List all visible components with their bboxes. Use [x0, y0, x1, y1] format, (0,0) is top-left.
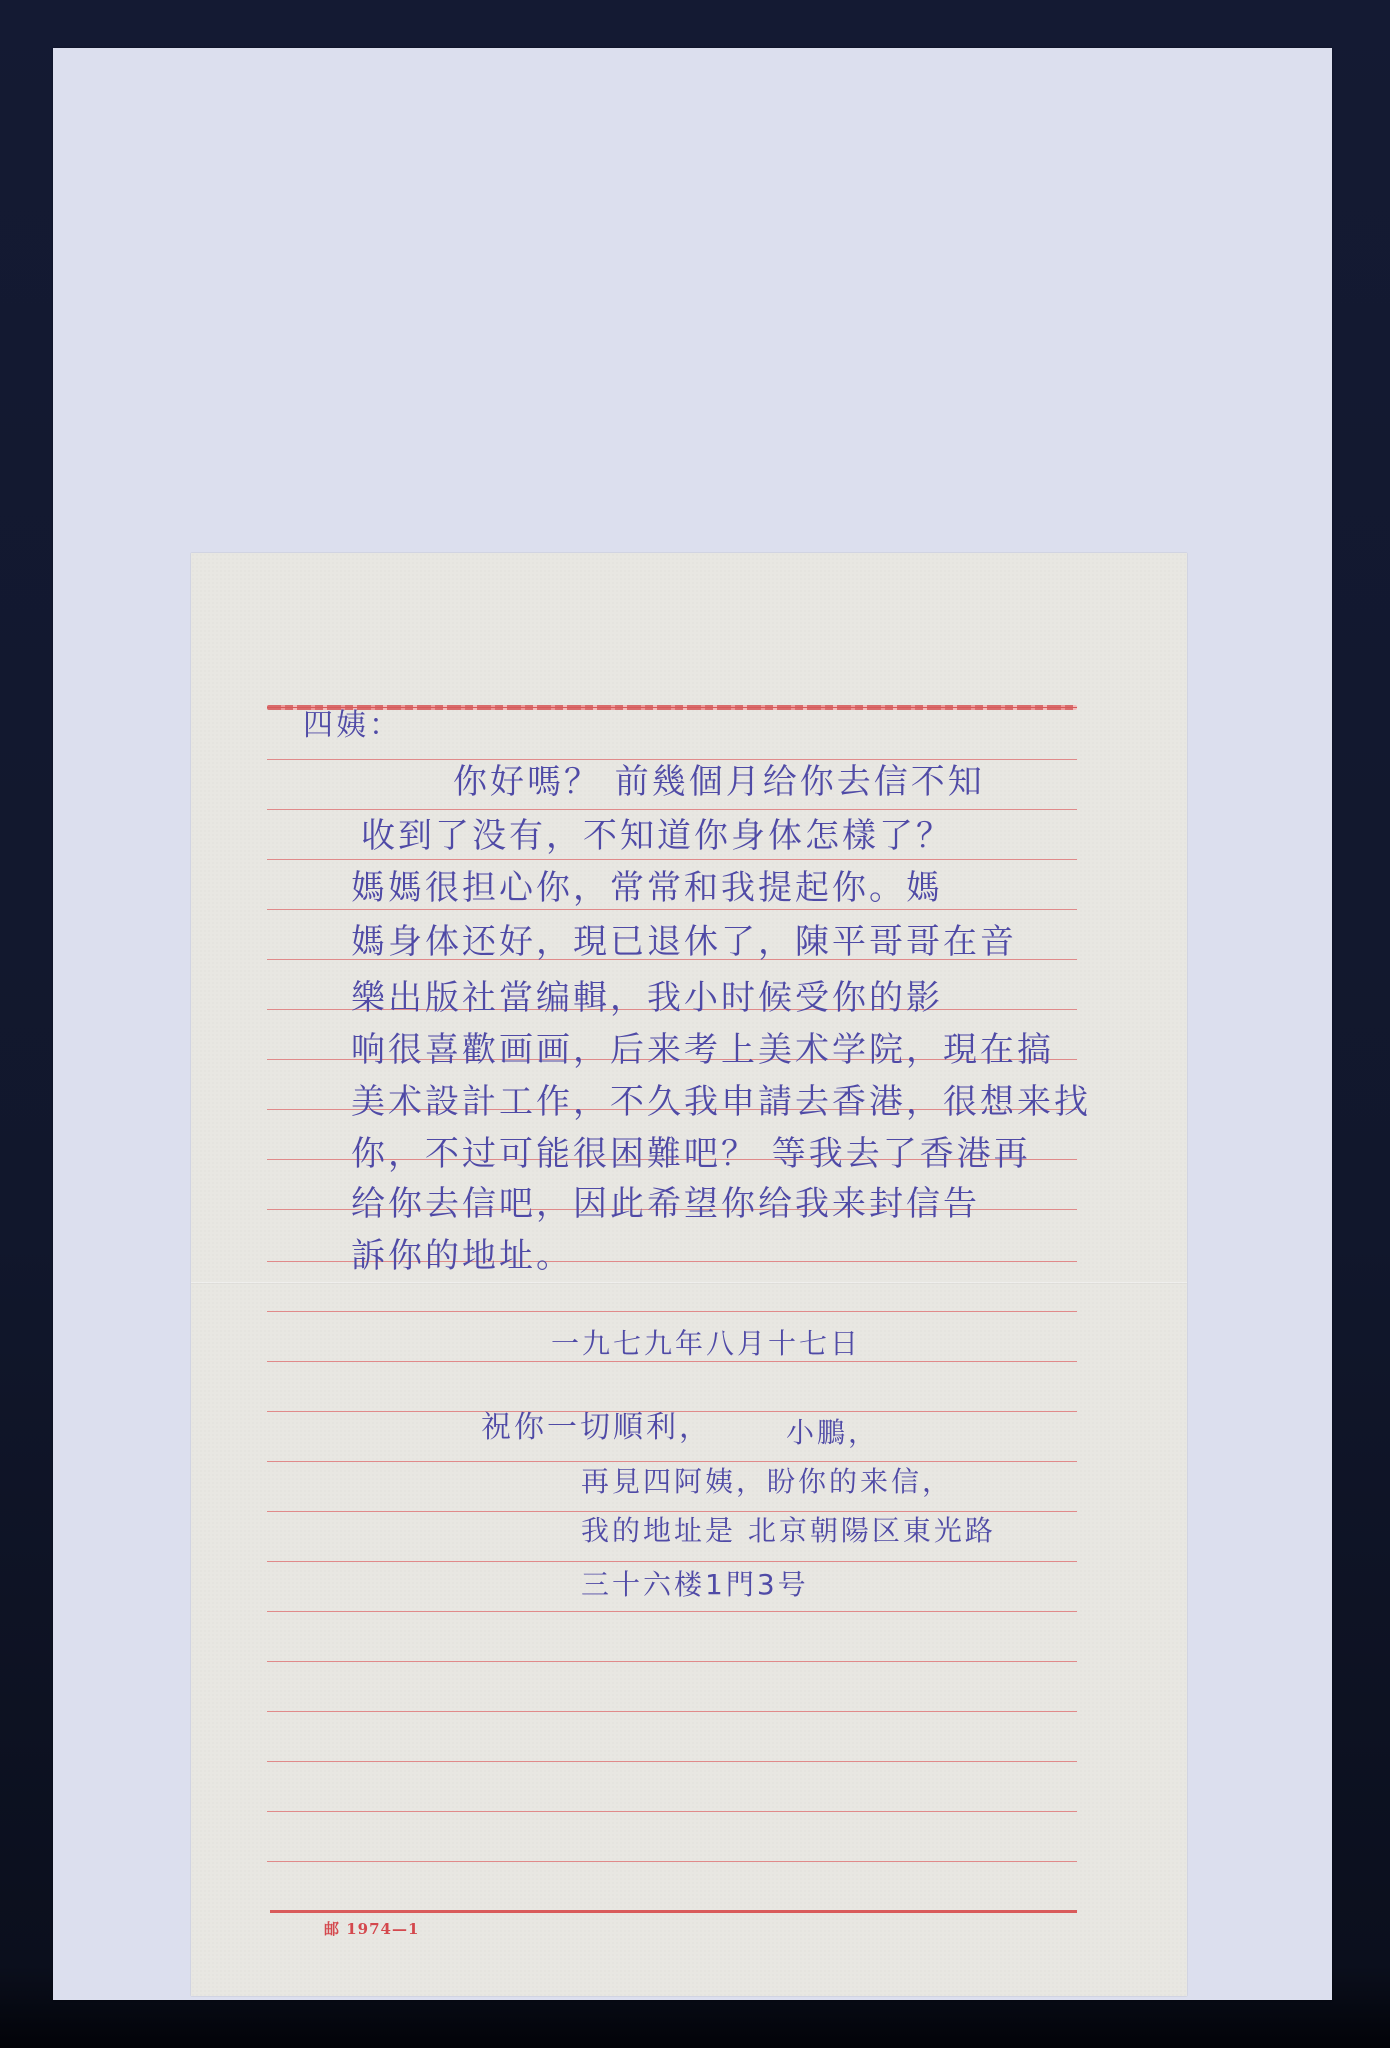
- letter-body-line: 美术設計工作，不久我申請去香港，很想来找: [351, 1085, 1091, 1119]
- ruled-line: [267, 909, 1077, 910]
- bottom-rule: [270, 1910, 1077, 1913]
- letter-body-line: 响很喜歡画画，后来考上美术学院，現在搞: [351, 1033, 1054, 1067]
- letter-paper: 四姨： 你好嗎？ 前幾個月给你去信不知 收到了没有，不知道你身体怎樣了？ 媽媽很…: [191, 553, 1187, 1996]
- stationery-print-mark: 邮 1974—1: [324, 1918, 419, 1939]
- letter-date: 一九七九年八月十七日: [551, 1330, 861, 1358]
- ruled-line: [267, 1561, 1077, 1562]
- ruled-line: [267, 809, 1077, 810]
- postscript-line: 我的地址是 北京朝陽区東光路: [581, 1517, 996, 1545]
- letter-body-line: 樂出版社當编輯，我小时候受你的影: [351, 981, 943, 1015]
- ruled-line: [267, 1361, 1077, 1362]
- signature: 小鵬，: [786, 1419, 879, 1447]
- paper-fold-crease: [191, 1282, 1187, 1284]
- ruled-line: [267, 1761, 1077, 1762]
- letter-body-line: 你，不过可能很困難吧？ 等我去了香港再: [351, 1137, 1031, 1171]
- postscript-line: 再見四阿姨，盼你的来信，: [581, 1468, 953, 1496]
- ruled-line: [267, 759, 1077, 760]
- ruled-line: [267, 1461, 1077, 1462]
- letter-body-line: 你好嗎？ 前幾個月给你去信不知: [453, 765, 985, 799]
- ruled-line: [267, 859, 1077, 860]
- closing-line: 祝你一切順利，: [481, 1413, 712, 1443]
- ruled-line: [267, 1811, 1077, 1812]
- letter-body-line: 媽媽很担心你，常常和我提起你。媽: [351, 871, 943, 905]
- ruled-line: [267, 1611, 1077, 1612]
- ruled-line: [267, 1711, 1077, 1712]
- ruled-line: [267, 1511, 1077, 1512]
- letter-body-line: 收到了没有，不知道你身体怎樣了？: [361, 819, 953, 853]
- ruled-line: [267, 1311, 1077, 1312]
- postscript-line: 三十六楼1門3号: [581, 1571, 809, 1599]
- ruled-line: [267, 1661, 1077, 1662]
- ruled-line: [267, 1861, 1077, 1862]
- letter-body-line: 媽身体还好，現已退休了，陳平哥哥在音: [351, 925, 1017, 959]
- letter-body-line: 訴你的地址。: [351, 1239, 573, 1273]
- salutation: 四姨：: [303, 711, 402, 741]
- letter-body-line: 给你去信吧，因此希望你给我来封信告: [351, 1187, 980, 1221]
